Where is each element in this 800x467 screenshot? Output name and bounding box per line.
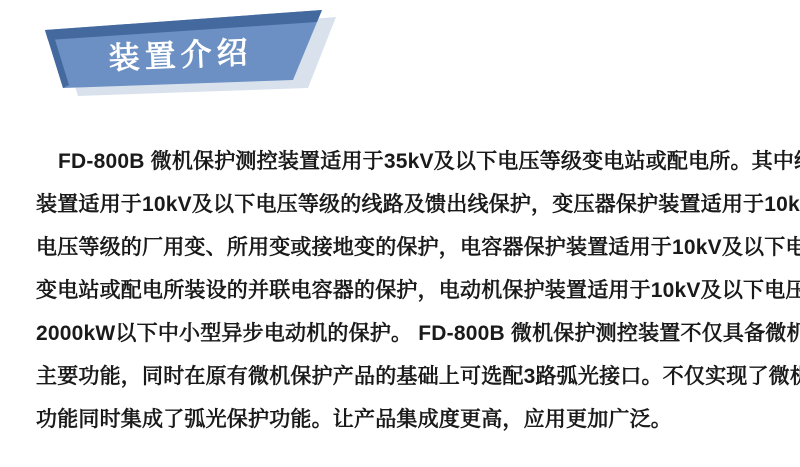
intro-line: 电压等级的厂用变、所用变或接地变的保护，电容器保护装置适用于10kV及以下电压等…	[36, 226, 772, 269]
intro-line: 变电站或配电所装设的并联电容器的保护，电动机保护装置适用于10kV及以下电压等级	[36, 269, 772, 312]
page-title: 装置介绍	[87, 27, 269, 77]
intro-line: FD-800B 微机保护测控装置适用于35kV及以下电压等级变电站或配电所。其中…	[36, 140, 772, 183]
intro-line: 主要功能，同时在原有微机保护产品的基础上可选配3路弧光接口。不仅实现了微机保护的	[36, 355, 772, 398]
intro-line: 装置适用于10kV及以下电压等级的线路及馈出线保护，变压器保护装置适用于10kV…	[36, 183, 772, 226]
intro-line: 2000kW以下中小型异步电动机的保护。 FD-800B 微机保护测控装置不仅具…	[36, 312, 772, 355]
intro-paragraph: FD-800B 微机保护测控装置适用于35kV及以下电压等级变电站或配电所。其中…	[36, 140, 772, 441]
title-banner: 装置介绍	[0, 0, 360, 112]
intro-line: 功能同时集成了弧光保护功能。让产品集成度更高，应用更加广泛。	[36, 398, 772, 441]
